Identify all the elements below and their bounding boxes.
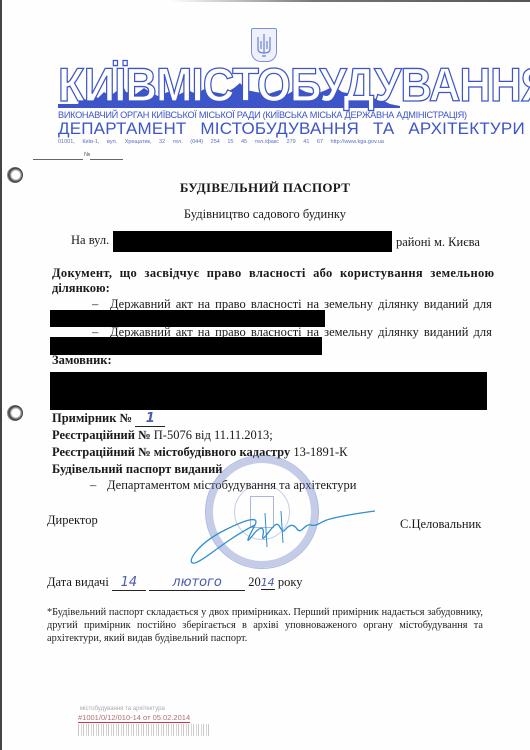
issued-dash: – <box>90 478 96 493</box>
director-signature-icon <box>185 485 375 565</box>
contact-line: 01001, Київ-1, вул. Хрещатик, 32 тел. (0… <box>58 139 384 145</box>
issued-label: Будівельний паспорт виданий <box>52 462 223 477</box>
ownership-heading-cont: ділянкою: <box>52 281 110 296</box>
registration-stamp: #1001/0/12/010-14 от 05.02.2014 <box>78 713 190 723</box>
address-prefix: На вул. <box>71 233 109 248</box>
ownership-heading: Документ, що засвідчує право власності а… <box>52 266 494 281</box>
logo-text: КИЇВМІСТОБУДУВАННЯ <box>58 62 530 108</box>
punch-hole-icon <box>7 405 23 421</box>
outgoing-number-field: № <box>33 152 123 160</box>
director-label: Директор <box>47 513 98 528</box>
tryzub-emblem-icon <box>251 28 277 62</box>
copy-label: Примірник № 1 <box>52 411 165 427</box>
date-year: 14 <box>261 576 275 590</box>
copy-number: 1 <box>135 411 165 427</box>
address-suffix: районі м. Києва <box>396 235 480 250</box>
barcode-icon <box>78 724 210 736</box>
document-subtitle: Будівництво садового будинку <box>0 207 530 222</box>
redacted-customer <box>50 372 487 410</box>
redacted-address <box>113 231 392 252</box>
footer-dept: містобудування та архітектура <box>80 706 165 712</box>
page-edge-top <box>170 0 530 2</box>
director-name: С.Целовальник <box>400 517 481 532</box>
kyivmistobuduvannia-logo: КИЇВМІСТОБУДУВАННЯ <box>58 62 400 108</box>
customer-label: Замовник: <box>52 353 112 368</box>
page-edge-left <box>0 0 2 750</box>
document-title: БУДІВЕЛЬНИЙ ПАСПОРТ <box>0 180 530 196</box>
date-month: лютого <box>149 575 245 591</box>
date-day: 14 <box>112 575 146 591</box>
cadastre-line: Реєстраційний № містобудівного кадастру … <box>52 445 348 460</box>
department-name: ДЕПАРТАМЕНТ МІСТОБУДУВАННЯ ТА АРХІТЕКТУР… <box>58 119 525 139</box>
footnote: *Будівельний паспорт складається у двох … <box>47 606 483 645</box>
issue-date: Дата видачі 14 лютого 2014 року <box>47 575 302 591</box>
registration-line: Реєстраційний № П-5076 від 11.11.2013; <box>52 428 273 443</box>
document-page: КИЇВМІСТОБУДУВАННЯ ВИКОНАВЧИЙ ОРГАН КИЇВ… <box>0 0 530 750</box>
